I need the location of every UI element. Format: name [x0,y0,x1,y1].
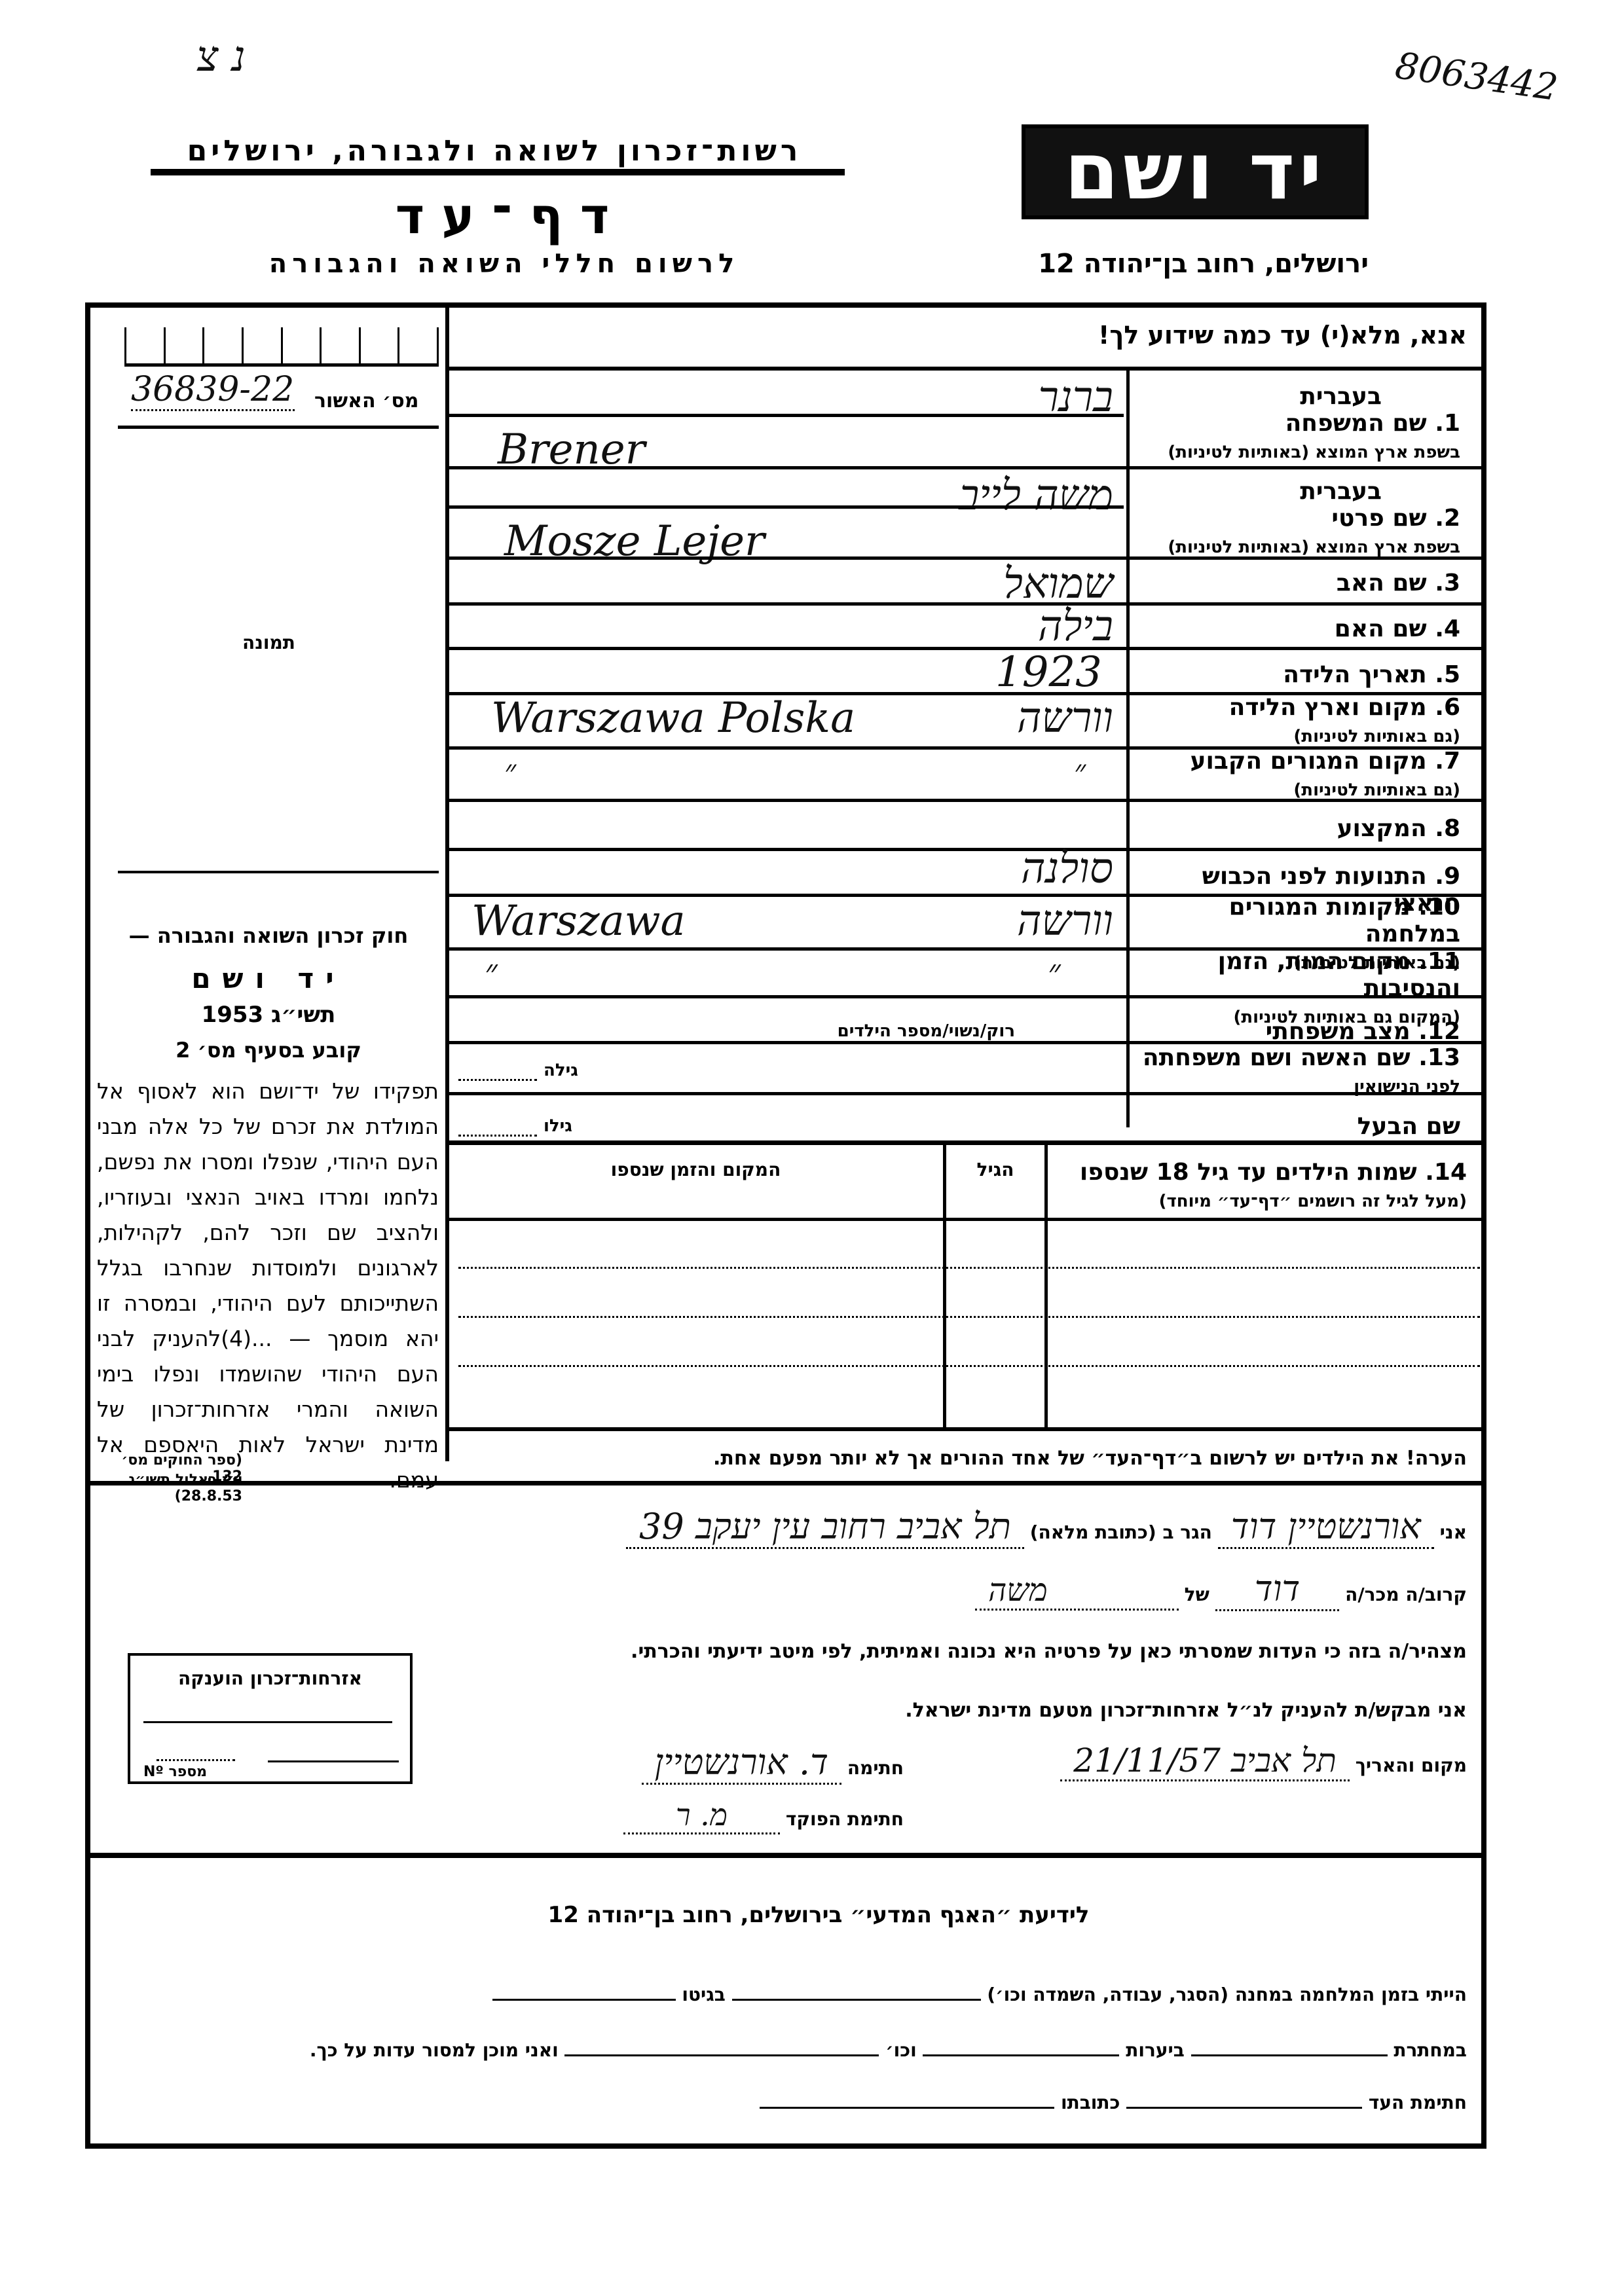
instruction-rule [449,367,1484,371]
citizenship-box-line[interactable] [268,1760,399,1762]
citizenship-box: אזרחות־זכרון הוענקה Nº מספר [128,1653,413,1784]
row-rule [449,1140,1484,1145]
children-place-header: המקום והזמן שנספו [452,1159,940,1180]
witness-signature-field[interactable] [1126,2107,1362,2109]
field-birth-place-label: 6. מקום וארץ הלידה (גם באותיות לטיניות) [1133,694,1460,748]
citizenship-request: אני מבקש/ת להעניק לנ״ל אזרחות־זכרון מטעם… [720,1699,1467,1722]
children-section-label: 14. שמות הילדים עד גיל 18 שנספו (מעל לגי… [1054,1159,1467,1212]
approval-label: מס׳ האשור [314,390,418,412]
law-text: תפקידו של יד־ושם הוא לאסוף אל המולדת את … [97,1074,439,1498]
footer-line-3: חתימת העד כתובתו [524,2092,1467,2113]
first-name-hebrew-value[interactable]: משה לייב [904,471,1113,520]
residence-latin-value[interactable]: ״ [504,753,516,790]
row-rule [449,799,1484,802]
birth-date-value[interactable]: 1923 [995,648,1102,697]
field-wife-name-label: 13. שם האשה ושם משפחתה לפני הנישואין [1133,1044,1460,1098]
form-title: דף־עד [367,187,655,245]
row-rule [449,995,1484,998]
row-rule [449,647,1484,650]
field-residence-label: 7. מקום המגורים הקבוע (גם באותיות לטיניו… [1133,748,1460,801]
wife-age-field[interactable] [458,1079,537,1081]
yad-vashem-logo: יד ושם [1022,124,1369,219]
logo-text: יד ושם [1064,133,1325,211]
witness-name[interactable]: אורנשטיין דוד [1218,1506,1434,1549]
death-place-latin-value[interactable]: ״ [485,953,498,992]
war-residence-latin-value[interactable]: Warszawa [471,897,686,945]
wife-age-label: גילה [544,1061,578,1080]
left-panel-divider [445,302,449,1461]
declaration-line-2: קרוב/ה מכר/ה דוד של משה [589,1568,1467,1609]
war-residence-hebrew-value[interactable]: וורשה [904,897,1113,945]
place-date-row: מקום והאריך תל אביב 21/11/57 [917,1741,1467,1779]
archive-number: 8063442 [1393,45,1560,109]
witness-signature[interactable]: ד. אורנשטיין [642,1741,841,1785]
law-title: חוק זכרון השואה והגבורה — [98,923,439,948]
children-bottom-rule [449,1427,1484,1431]
field-family-name-label: בעברית 1. שם המשפחה בשפת ארץ המוצא (באות… [1133,383,1460,464]
footer-line-2: במחתרת ביערות וכו׳ ואני מוכן למסור עדות … [131,2039,1467,2061]
relation-of-value[interactable]: משה [975,1572,1179,1611]
field-profession-label: 8. המקצוע [1133,815,1460,842]
children-row[interactable] [458,1365,1480,1368]
row-rule [449,505,1124,509]
law-section: קובע בסעיף מס׳ 2 [98,1038,439,1063]
form-subtitle: לרשום חללי השואה והגבורה [223,249,786,279]
witness-relation[interactable]: דוד [1215,1568,1340,1611]
mother-name-value[interactable]: בילה [904,602,1113,651]
photo-label: תמונה [242,632,295,653]
field-father-name-label: 3. שם האב [1133,570,1460,596]
children-col-divider [943,1142,946,1430]
birth-place-hebrew-value[interactable]: וורשה [904,694,1113,742]
official-signature-row: חתימת הפוקד מ. ר [458,1797,904,1832]
children-row[interactable] [458,1316,1480,1319]
father-name-value[interactable]: שמואל [904,560,1113,608]
row-rule [449,466,1484,469]
row-rule [449,1092,1484,1095]
husband-age-field[interactable] [458,1135,537,1137]
children-header-rule [449,1218,1484,1221]
footer-rule [85,1853,1486,1858]
other-field[interactable] [564,2054,879,2056]
birth-place-latin-value[interactable]: Warszawa Polska [491,694,855,742]
movements-value[interactable]: סולנה [904,845,1113,893]
law-year: תשי״ג 1953 [98,1002,439,1028]
marital-status-options[interactable]: רוק/נשוי/מספר הילדים [720,1021,1015,1041]
declaration-line-1: אני אורנשטיין דוד הגר ב (כתובת מלאה) תל … [445,1506,1467,1547]
footer-title: לידיעת ״האגף המדעי״ בירושלים, רחוב בן־יה… [458,1902,1179,1928]
underground-field[interactable] [1191,2054,1388,2056]
photo-rule [118,871,439,873]
field-husband-name-label: שם הבעל [1133,1113,1460,1140]
law-reference-2: י״ז באלול תשי״ג 28.8.53) [98,1472,242,1504]
field-mother-name-label: 4. שם האם [1133,615,1460,642]
instruction-text: אנא, מלא(י) עד כמה שידוע לך! [655,321,1467,350]
citizenship-box-title: אזרחות־זכרון הוענקה [130,1667,410,1689]
camp-field[interactable] [732,1999,981,2001]
approval-number: 36839-22 [131,370,295,411]
approval-rule [118,426,439,429]
death-place-hebrew-value[interactable]: ״ [1048,953,1061,992]
witness-address-field[interactable] [760,2107,1054,2109]
children-age-header: הגיל [950,1159,1041,1180]
children-note: הערה! את הילדים יש לרשום ב״דף־העד״ של אח… [471,1447,1467,1470]
approval-digit-boxes [124,327,439,367]
citizenship-number-label: Nº מספר [143,1764,207,1780]
field-death-place-label: 11. מקום המות, הזמן והנסיבות (המקום גם ב… [1133,948,1460,1029]
residence-hebrew-value[interactable]: ״ [1074,753,1086,790]
husband-age-label: גילו [544,1116,572,1136]
row-rule [449,414,1124,417]
top-left-annotation: נ צ [196,33,246,81]
header-address: ירושלים, רחוב בן־יהודה 12 [1022,249,1369,279]
header-rule [151,169,845,175]
children-row[interactable] [458,1267,1480,1269]
place-date-value[interactable]: תל אביב 21/11/57 [1060,1741,1350,1781]
forests-field[interactable] [923,2054,1119,2056]
official-signature[interactable]: מ. ר [623,1797,780,1834]
organization-name: רשות־זכרון לשואה ולגבורה, ירושלים [141,134,848,168]
ghetto-field[interactable] [492,1999,676,2001]
field-birth-date-label: 5. תאריך הלידה [1133,661,1460,688]
field-first-name-label: בעברית 2. שם פרטי בשפת ארץ המוצא (באותיו… [1133,478,1460,558]
footer-line-1: הייתי בזמן המלחמה במחנה (הסגר, עבודה, הש… [131,1984,1467,2005]
law-name: יד ושם [98,962,439,994]
children-col-divider [1044,1142,1048,1430]
citizenship-box-line[interactable] [143,1721,392,1723]
citizenship-number-field[interactable] [157,1759,235,1761]
signature-row: חתימה ד. אורנשטיין [458,1741,904,1783]
declaration-statement: מצהיר/ה בזה כי העדות שמסרתי כאן על פרטיה… [458,1640,1467,1663]
witness-address[interactable]: תל אביב רחוב עין יעקב 39 [626,1506,1024,1549]
note-rule [85,1481,1486,1485]
